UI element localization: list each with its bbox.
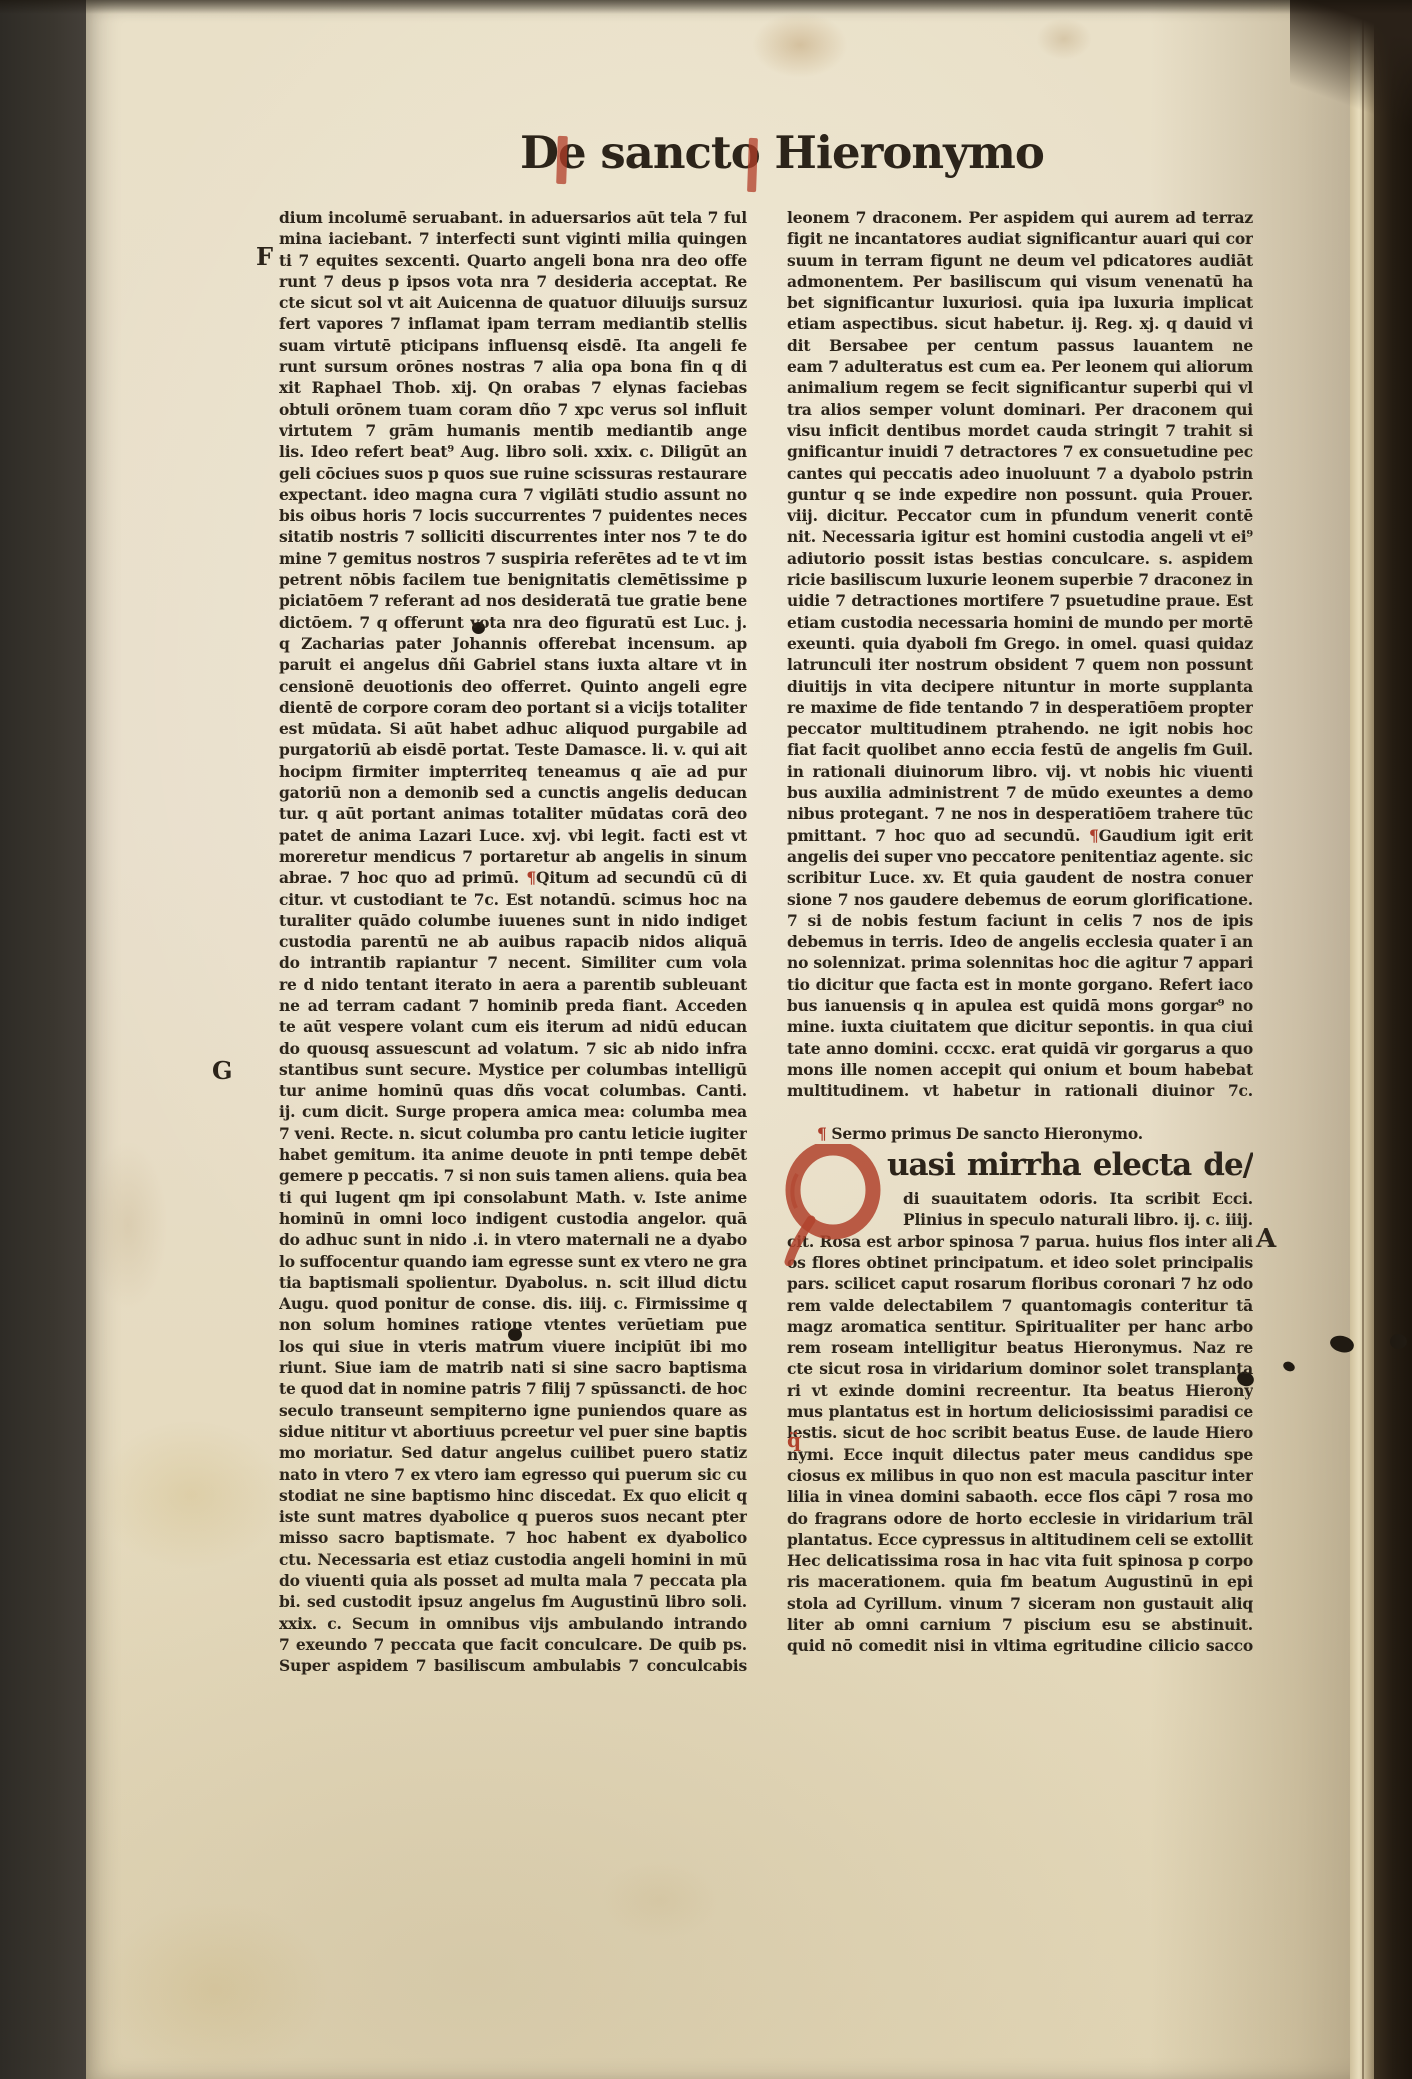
- text-line: nymi. Ecce inquit dilectus pater meus ca…: [787, 1444, 1253, 1465]
- text-line: te quod dat in nomine patris 7 filij 7 s…: [279, 1378, 747, 1399]
- text-line: fiat facit quolibet anno eccia festū de …: [787, 739, 1253, 760]
- text-line: debemus in terris. Ideo de angelis eccle…: [787, 931, 1253, 952]
- text-line: nato in vtero 7 ex vtero iam egresso qui…: [279, 1464, 747, 1485]
- text-line: peccator multitudinem ptrahendo. ne igit…: [787, 718, 1253, 739]
- text-line: paruit ei angelus dñi Gabriel stans iuxt…: [279, 654, 747, 675]
- text-line: virtutem 7 grām humanis mentib mediantib…: [279, 420, 747, 441]
- text-line: citur. vt custodiant te 7c. Est notandū.…: [279, 889, 747, 910]
- scanned-book-page: { "page": { "title": "De sancto Hieronym…: [0, 0, 1412, 2079]
- text-line: runt 7 deus p ipsos vota nra 7 desideria…: [279, 271, 747, 292]
- text-line: lilia in vinea domini sabaoth. ecce flos…: [787, 1486, 1253, 1507]
- text-line: 7 si de nobis festum faciunt in celis 7 …: [787, 910, 1253, 931]
- text-line: tate anno domini. cccxc. erat quidā vir …: [787, 1038, 1253, 1059]
- ink-blot: [1390, 1334, 1407, 1349]
- text-line: cantes qui peccatis adeo inuoluunt 7 a d…: [787, 463, 1253, 484]
- text-line: ne ad terram cadant 7 hominib preda fian…: [279, 995, 747, 1016]
- text-line: ti qui lugent qm ipi consolabunt Math. v…: [279, 1187, 747, 1208]
- page-title: De sancto Hieronymo: [520, 126, 1010, 190]
- blank-line: [787, 1101, 1253, 1122]
- rubrication-stroke: [556, 136, 568, 184]
- text-line: xit Raphael Thob. xij. Qn orabas 7 elyna…: [279, 377, 747, 398]
- text-line: ti 7 equites sexcenti. Quarto angeli bon…: [279, 250, 747, 271]
- text-line: suam virtutē pticipans influensq eisdē. …: [279, 335, 747, 356]
- text-line: mo moriatur. Sed datur angelus cuilibet …: [279, 1442, 747, 1463]
- top-edge-shadow: [0, 0, 1412, 14]
- text-line: runt sursum orōnes nostras 7 alia opa bo…: [279, 356, 747, 377]
- right-column-lower: cit. Rosa est arbor spinosa 7 parua. hui…: [787, 1231, 1253, 1657]
- scan-background-left: [0, 0, 88, 2079]
- text-line: moreretur mendicus 7 portaretur ab angel…: [279, 846, 747, 867]
- text-line: do intrantib rapiantur 7 necent. Similit…: [279, 952, 747, 973]
- text-line: adiutorio possit istas bestias conculcar…: [787, 548, 1253, 569]
- text-line: hocipm firmiter impterriteq teneamus q a…: [279, 761, 747, 782]
- text-line: xxix. c. Secum in omnibus vijs ambulando…: [279, 1613, 747, 1634]
- text-line: tio dicitur que facta est in monte gorga…: [787, 974, 1253, 995]
- text-line: tia baptismali spolientur. Dyabolus. n. …: [279, 1272, 747, 1293]
- text-line: lestis. sicut de hoc scribit beatus Euse…: [787, 1422, 1253, 1443]
- text-line: bus ianuensis q in apulea est quidā mons…: [787, 995, 1253, 1016]
- margin-letter-a: A: [1256, 1224, 1276, 1254]
- text-line: censionē deuotionis deo offerret. Quinto…: [279, 676, 747, 697]
- text-line: gatoriū non a demonib sed a cunctis ange…: [279, 782, 747, 803]
- text-line: ij. cum dicit. Surge propera amica mea: …: [279, 1101, 747, 1122]
- text-line: los qui siue in vteris matrum viuere inc…: [279, 1336, 747, 1357]
- text-line: bis oibus horis 7 locis succurrentes 7 p…: [279, 505, 747, 526]
- text-line: sione 7 nos gaudere debemus de eorum glo…: [787, 889, 1253, 910]
- text-line: tur anime hominū quas dñs vocat columbas…: [279, 1080, 747, 1101]
- text-line: mus plantatus est in hortum deliciosissi…: [787, 1401, 1253, 1422]
- text-line: fert vapores 7 inflamat ipam terram medi…: [279, 313, 747, 334]
- text-line: piciatōem 7 referant ad nos desideratā t…: [279, 590, 747, 611]
- binding-dark-edge: [1374, 0, 1412, 2079]
- text-line: riunt. Siue iam de matrib nati si sine s…: [279, 1357, 747, 1378]
- text-line: multitudinem. vt habetur in rationali di…: [787, 1080, 1253, 1101]
- text-line: obtuli orōnem tuam coram dño 7 xpc verus…: [279, 399, 747, 420]
- text-line: do quousq assuescunt ad volatum. 7 sic a…: [279, 1038, 747, 1059]
- text-line: viij. dicitur. Peccator cum in pfundum v…: [787, 505, 1253, 526]
- text-line: lis. Ideo refert beat⁹ Aug. libro soli. …: [279, 441, 747, 462]
- text-line: expectant. ideo magna cura 7 vigilāti st…: [279, 484, 747, 505]
- text-line: do fragrans odore de horto ecclesie in v…: [787, 1508, 1253, 1529]
- text-line: dium incolumē seruabant. in aduersarios …: [279, 207, 747, 228]
- text-line: liter ab omni carnium 7 piscium esu se a…: [787, 1614, 1253, 1635]
- text-line: Super aspidem 7 basiliscum ambulabis 7 c…: [279, 1655, 747, 1676]
- text-line: est mūdata. Si aūt habet adhuc aliquod p…: [279, 718, 747, 739]
- text-line: exeunti. quia dyaboli fm Grego. in omel.…: [787, 633, 1253, 654]
- text-line: leonem 7 draconem. Per aspidem qui aurem…: [787, 207, 1253, 228]
- text-line: no solennizat. prima solennitas hoc die …: [787, 952, 1253, 973]
- text-line: hominū in omni loco indigent custodia an…: [279, 1208, 747, 1229]
- text-line: bus auxilia administrent 7 de mūdo exeun…: [787, 782, 1253, 803]
- text-line: visu inficit dentibus mordet cauda strin…: [787, 420, 1253, 441]
- text-line: do viuenti quia als posset ad multa mala…: [279, 1570, 747, 1591]
- text-line: 7 veni. Recte. n. sicut columba pro cant…: [279, 1123, 747, 1144]
- margin-letter-g: G: [212, 1056, 233, 1085]
- text-line: lo suffocentur quando iam egresse sunt e…: [279, 1251, 747, 1272]
- text-line: quid nō comedit nisi in vltima egritudin…: [787, 1635, 1253, 1656]
- text-line: stantibus sunt secure. Mystice per colum…: [279, 1059, 747, 1080]
- text-line: stodiat ne sine baptismo hinc discedat. …: [279, 1485, 747, 1506]
- sermon-heading-text: Sermo primus De sancto Hieronymo.: [831, 1124, 1143, 1143]
- text-line: in rationali diuinorum libro. vij. vt no…: [787, 761, 1253, 782]
- text-line: pars. scilicet caput rosarum floribus co…: [787, 1273, 1253, 1294]
- text-line: diuitijs in vita decipere nituntur in mo…: [787, 676, 1253, 697]
- text-line: mine 7 gemitus nostros 7 suspiria referē…: [279, 548, 747, 569]
- text-line: ctu. Necessaria est etiaz custodia angel…: [279, 1549, 747, 1570]
- text-line: non solum homines ratione vtentes verūet…: [279, 1314, 747, 1335]
- text-line: Augu. quod ponitur de conse. dis. iiij. …: [279, 1293, 747, 1314]
- text-line: stola ad Cyrillum. vinum 7 siceram non g…: [787, 1593, 1253, 1614]
- text-line: cte sicut sol vt ait Auicenna de quatuor…: [279, 292, 747, 313]
- text-line: admonentem. Per basiliscum qui visum ven…: [787, 271, 1253, 292]
- text-line: abrae. 7 hoc quo ad primū. ¶Qitum ad sec…: [279, 867, 747, 888]
- text-line: ciosus ex milibus in quo non est macula …: [787, 1465, 1253, 1486]
- text-line: mina iaciebant. 7 interfecti sunt vigint…: [279, 228, 747, 249]
- text-line: Hec delicatissima rosa in hac vita fuit …: [787, 1550, 1253, 1571]
- text-line: sidue nititur vt abortiuus pcreetur vel …: [279, 1421, 747, 1442]
- text-line: q Zacharias pater Johannis offerebat inc…: [279, 633, 747, 654]
- text-line: habet gemitum. ita anime deuote in pnti …: [279, 1144, 747, 1165]
- text-line: turaliter quādo columbe iuuenes sunt in …: [279, 910, 747, 931]
- text-line: 7 exeundo 7 peccata que facit conculcare…: [279, 1634, 747, 1655]
- pilcrow-mark: ¶: [817, 1124, 827, 1143]
- text-line: animalium regem se fecit significantur s…: [787, 377, 1253, 398]
- text-line: dientē de corpore coram deo portant si a…: [279, 697, 747, 718]
- margin-letter-f: F: [256, 242, 273, 271]
- text-line: tur. q aūt portant animas totaliter mūda…: [279, 803, 747, 824]
- text-line: pmittant. 7 hoc quo ad secundū. ¶Gaudium…: [787, 825, 1253, 846]
- text-line: re maxime de fide tentando 7 in desperat…: [787, 697, 1253, 718]
- text-line: bet significantur luxuriosi. quia ipa lu…: [787, 292, 1253, 313]
- text-line: gnificantur inuidi 7 detractores 7 ex co…: [787, 441, 1253, 462]
- lombard-initial-q-icon: [783, 1144, 885, 1266]
- text-line: suum in terram figunt ne deum vel pdicat…: [787, 250, 1253, 271]
- text-line: iste sunt matres dyabolice q pueros suos…: [279, 1506, 747, 1527]
- corner-shadow-top-right: [1290, 0, 1412, 140]
- text-line: dit Bersabee per centum passus lauantem …: [787, 335, 1253, 356]
- red-quire-mark: q̈: [787, 1430, 801, 1451]
- text-line: figit ne incantatores audiat significant…: [787, 228, 1253, 249]
- text-line: angelis dei super vno peccatore penitent…: [787, 846, 1253, 867]
- text-line: scribitur Luce. xv. Et quia gaudent de n…: [787, 867, 1253, 888]
- text-line: geli cōciues suos p quos sue ruine sciss…: [279, 463, 747, 484]
- text-line: seculo transeunt sempiterno igne puniend…: [279, 1400, 747, 1421]
- text-line: patet de anima Lazari Luce. xvj. vbi leg…: [279, 825, 747, 846]
- text-column-right: leonem 7 draconem. Per aspidem qui aurem…: [787, 207, 1253, 1657]
- text-line: purgatoriū ab eisdē portat. Teste Damasc…: [279, 739, 747, 760]
- rubrication-stroke: [747, 138, 758, 192]
- text-line: etiam custodia necessaria homini de mund…: [787, 612, 1253, 633]
- text-line: nit. Necessaria igitur est homini custod…: [787, 526, 1253, 547]
- text-line: ri vt exinde domini recreentur. Ita beat…: [787, 1380, 1253, 1401]
- text-line: te aūt vespere volant cum eis iterum ad …: [279, 1016, 747, 1037]
- text-line: uidie 7 detractiones mortifere 7 psuetud…: [787, 590, 1253, 611]
- text-line: gemere p peccatis. 7 si non suis tamen a…: [279, 1165, 747, 1186]
- text-line: ricie basiliscum luxurie leonem superbie…: [787, 569, 1253, 590]
- text-line: do adhuc sunt in nido .i. in vtero mater…: [279, 1229, 747, 1250]
- text-line: etiam aspectibus. sicut habetur. ij. Reg…: [787, 313, 1253, 334]
- text-line: guntur q se inde expedire non possunt. q…: [787, 484, 1253, 505]
- text-line: misso sacro baptismate. 7 hoc habent ex …: [279, 1527, 747, 1548]
- text-line: rem valde delectabilem 7 quantomagis con…: [787, 1295, 1253, 1316]
- text-line: rem roseam intelligitur beatus Hieronymu…: [787, 1337, 1253, 1358]
- text-line: re d nido tentant iterato in aera a pare…: [279, 974, 747, 995]
- text-line: mine. iuxta ciuitatem que dicitur sepont…: [787, 1016, 1253, 1037]
- page-crease-line: [1362, 0, 1364, 2079]
- text-line: ris macerationem. quia fm beatum Augusti…: [787, 1571, 1253, 1592]
- text-line: bi. sed custodit ipsuz angelus fm August…: [279, 1591, 747, 1612]
- sermon-heading: ¶ Sermo primus De sancto Hieronymo.: [787, 1123, 1253, 1144]
- text-line: cte sicut rosa in viridarium dominor sol…: [787, 1358, 1253, 1379]
- text-line: sitatib nostris 7 solliciti discurrentes…: [279, 526, 747, 547]
- text-line: dictōem. 7 q offerunt vota nra deo figur…: [279, 612, 747, 633]
- text-line: petrent nōbis facilem tue benignitatis c…: [279, 569, 747, 590]
- text-line: magz aromatica sentitur. Spiritualiter p…: [787, 1316, 1253, 1337]
- text-line: plantatus. Ecce cypressus in altitudinem…: [787, 1529, 1253, 1550]
- text-line: tra alios semper volunt dominari. Per dr…: [787, 399, 1253, 420]
- text-line: custodia parentū ne ab auibus rapacib ni…: [279, 931, 747, 952]
- right-column-upper: leonem 7 draconem. Per aspidem qui aurem…: [787, 207, 1253, 1101]
- text-column-left: dium incolumē seruabant. in aduersarios …: [279, 207, 747, 1676]
- text-line: latrunculi iter nostrum obsident 7 quem …: [787, 654, 1253, 675]
- text-line: eam 7 adulteratus est cum ea. Per leonem…: [787, 356, 1253, 377]
- text-line: mons ille nomen accepit qui onium et bou…: [787, 1059, 1253, 1080]
- text-line: nibus protegant. 7 ne nos in desperatiōe…: [787, 803, 1253, 824]
- decorated-initial-section: uasi mirrha electa de/ di suauitatem odo…: [787, 1144, 1253, 1231]
